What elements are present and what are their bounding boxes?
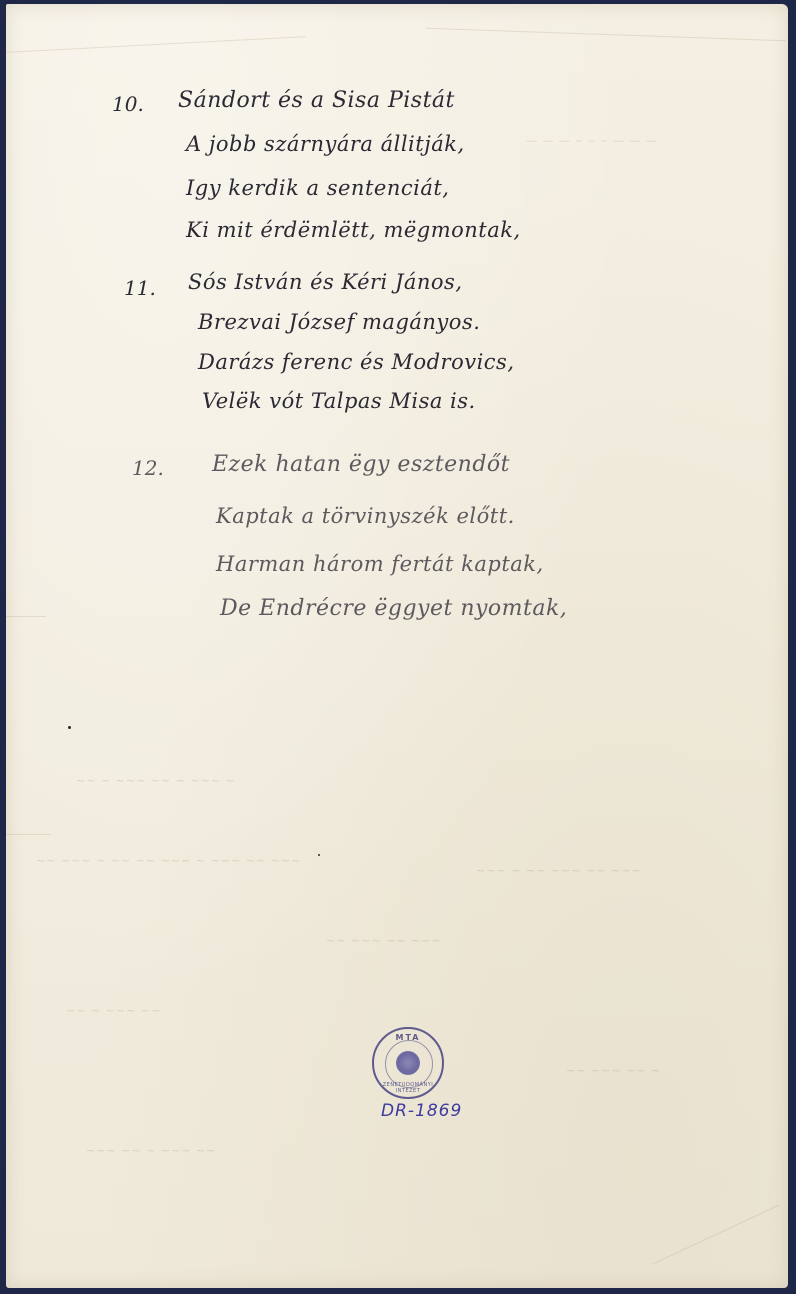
paper-crease xyxy=(426,28,786,42)
verse-line: A jobb szárnyára állitják, xyxy=(186,132,465,156)
reverse-side-bleed: ~~ ~ ~~~ ~~ ~ ~~~ ~ xyxy=(76,774,236,787)
manuscript-page: — — — ‒ ‒ ‒ — — — ~~ ~ ~~~ ~~ ~ ~~~ ~ ~~… xyxy=(6,4,788,1288)
reverse-side-bleed: ~~ ~~~ ~ ~~ ~~ ~~~ ~ ~~~ ~~ ~~~ xyxy=(36,854,301,867)
verse-line: Igy kerdik a sentenciát, xyxy=(186,176,449,200)
verse-line: Sós István és Kéri János, xyxy=(188,270,463,294)
paper-crease xyxy=(6,36,306,53)
shelfmark: DR-1869 xyxy=(381,1101,462,1121)
ink-dot xyxy=(318,854,320,856)
reverse-side-bleed: ~~ ~~~ ~~ ~ xyxy=(566,1064,661,1077)
ink-dot xyxy=(68,726,71,729)
stanza-number: 11. xyxy=(124,276,156,300)
verse-line: Sándort és a Sisa Pistát xyxy=(178,88,455,113)
stanza-number: 10. xyxy=(112,92,144,116)
paper-crease xyxy=(6,834,51,835)
verse-line: Harman három fertát kaptak, xyxy=(216,552,544,576)
stamp-ring-text: ZENETUDOMÁNYI INTÉZET xyxy=(374,1082,442,1094)
verse-line: Ki mit érdëmlëtt, mëgmontak, xyxy=(186,218,521,242)
paper-crease xyxy=(652,1204,779,1264)
reverse-side-bleed: ~~~ ~ ~~ ~~~ ~~ ~~~ xyxy=(476,864,642,877)
reverse-side-bleed: — — — ‒ ‒ ‒ — — — xyxy=(526,134,658,147)
reverse-side-bleed: ~~ ~ ~~~ ~~ xyxy=(66,1004,161,1017)
library-stamp: MTA ZENETUDOMÁNYI INTÉZET xyxy=(372,1027,444,1099)
paper-crease xyxy=(6,616,46,617)
verse-line: De Endrécre ëggyet nyomtak, xyxy=(220,596,567,621)
verse-line: Brezvai József magányos. xyxy=(198,310,480,334)
stanza-number: 12. xyxy=(132,456,164,480)
verse-line: Darázs ferenc és Modrovics, xyxy=(198,350,515,374)
verse-line: Velëk vót Talpas Misa is. xyxy=(202,389,476,413)
reverse-side-bleed: ~~ ~~~ ~~ ~~~ xyxy=(326,934,442,947)
verse-line: Ezek hatan ëgy esztendőt xyxy=(212,452,510,477)
verse-line: Kaptak a törvinyszék előtt. xyxy=(216,504,515,528)
coat-of-arms-icon xyxy=(396,1051,420,1075)
reverse-side-bleed: ~~~ ~~ ~ ~~~ ~~ xyxy=(86,1144,216,1157)
